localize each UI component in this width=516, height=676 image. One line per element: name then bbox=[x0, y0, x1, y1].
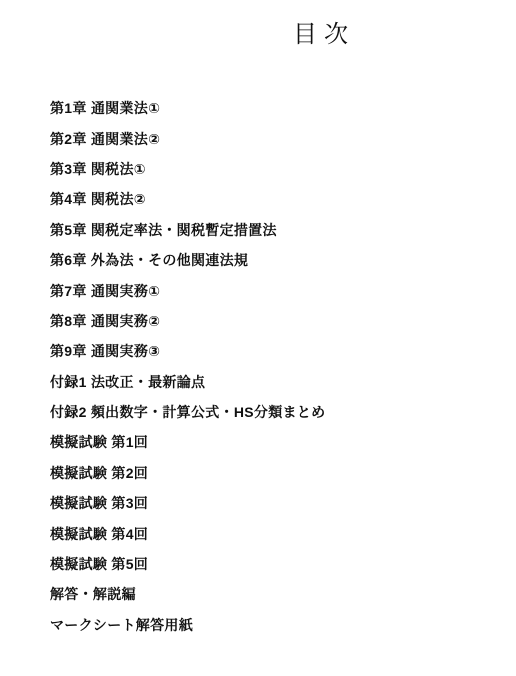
toc-item: 模擬試験 第1回 bbox=[50, 427, 500, 457]
toc-item: 付録2 頻出数字・計算公式・HS分類まとめ bbox=[50, 397, 500, 427]
toc-item: マークシート解答用紙 bbox=[50, 610, 500, 640]
toc-item: 解答・解説編 bbox=[50, 579, 500, 609]
toc-item: 第3章 関税法① bbox=[50, 154, 500, 184]
toc-list: 第1章 通関業法① 第2章 通関業法② 第3章 関税法① 第4章 関税法② 第5… bbox=[50, 93, 500, 640]
toc-page: 目次 第1章 通関業法① 第2章 通関業法② 第3章 関税法① 第4章 関税法②… bbox=[0, 0, 516, 676]
page-title: 目次 bbox=[293, 14, 355, 49]
toc-item: 第9章 通関実務③ bbox=[50, 336, 500, 366]
toc-item: 第5章 関税定率法・関税暫定措置法 bbox=[50, 215, 500, 245]
toc-item: 模擬試験 第5回 bbox=[50, 549, 500, 579]
toc-item: 模擬試験 第4回 bbox=[50, 518, 500, 548]
toc-item: 第4章 関税法② bbox=[50, 184, 500, 214]
toc-item: 第8章 通関実務② bbox=[50, 306, 500, 336]
toc-item: 第1章 通関業法① bbox=[50, 93, 500, 123]
toc-item: 模擬試験 第2回 bbox=[50, 458, 500, 488]
toc-item: 第6章 外為法・その他関連法規 bbox=[50, 245, 500, 275]
toc-item: 模擬試験 第3回 bbox=[50, 488, 500, 518]
toc-item: 第7章 通関実務① bbox=[50, 275, 500, 305]
toc-item: 付録1 法改正・最新論点 bbox=[50, 367, 500, 397]
toc-item: 第2章 通関業法② bbox=[50, 123, 500, 153]
